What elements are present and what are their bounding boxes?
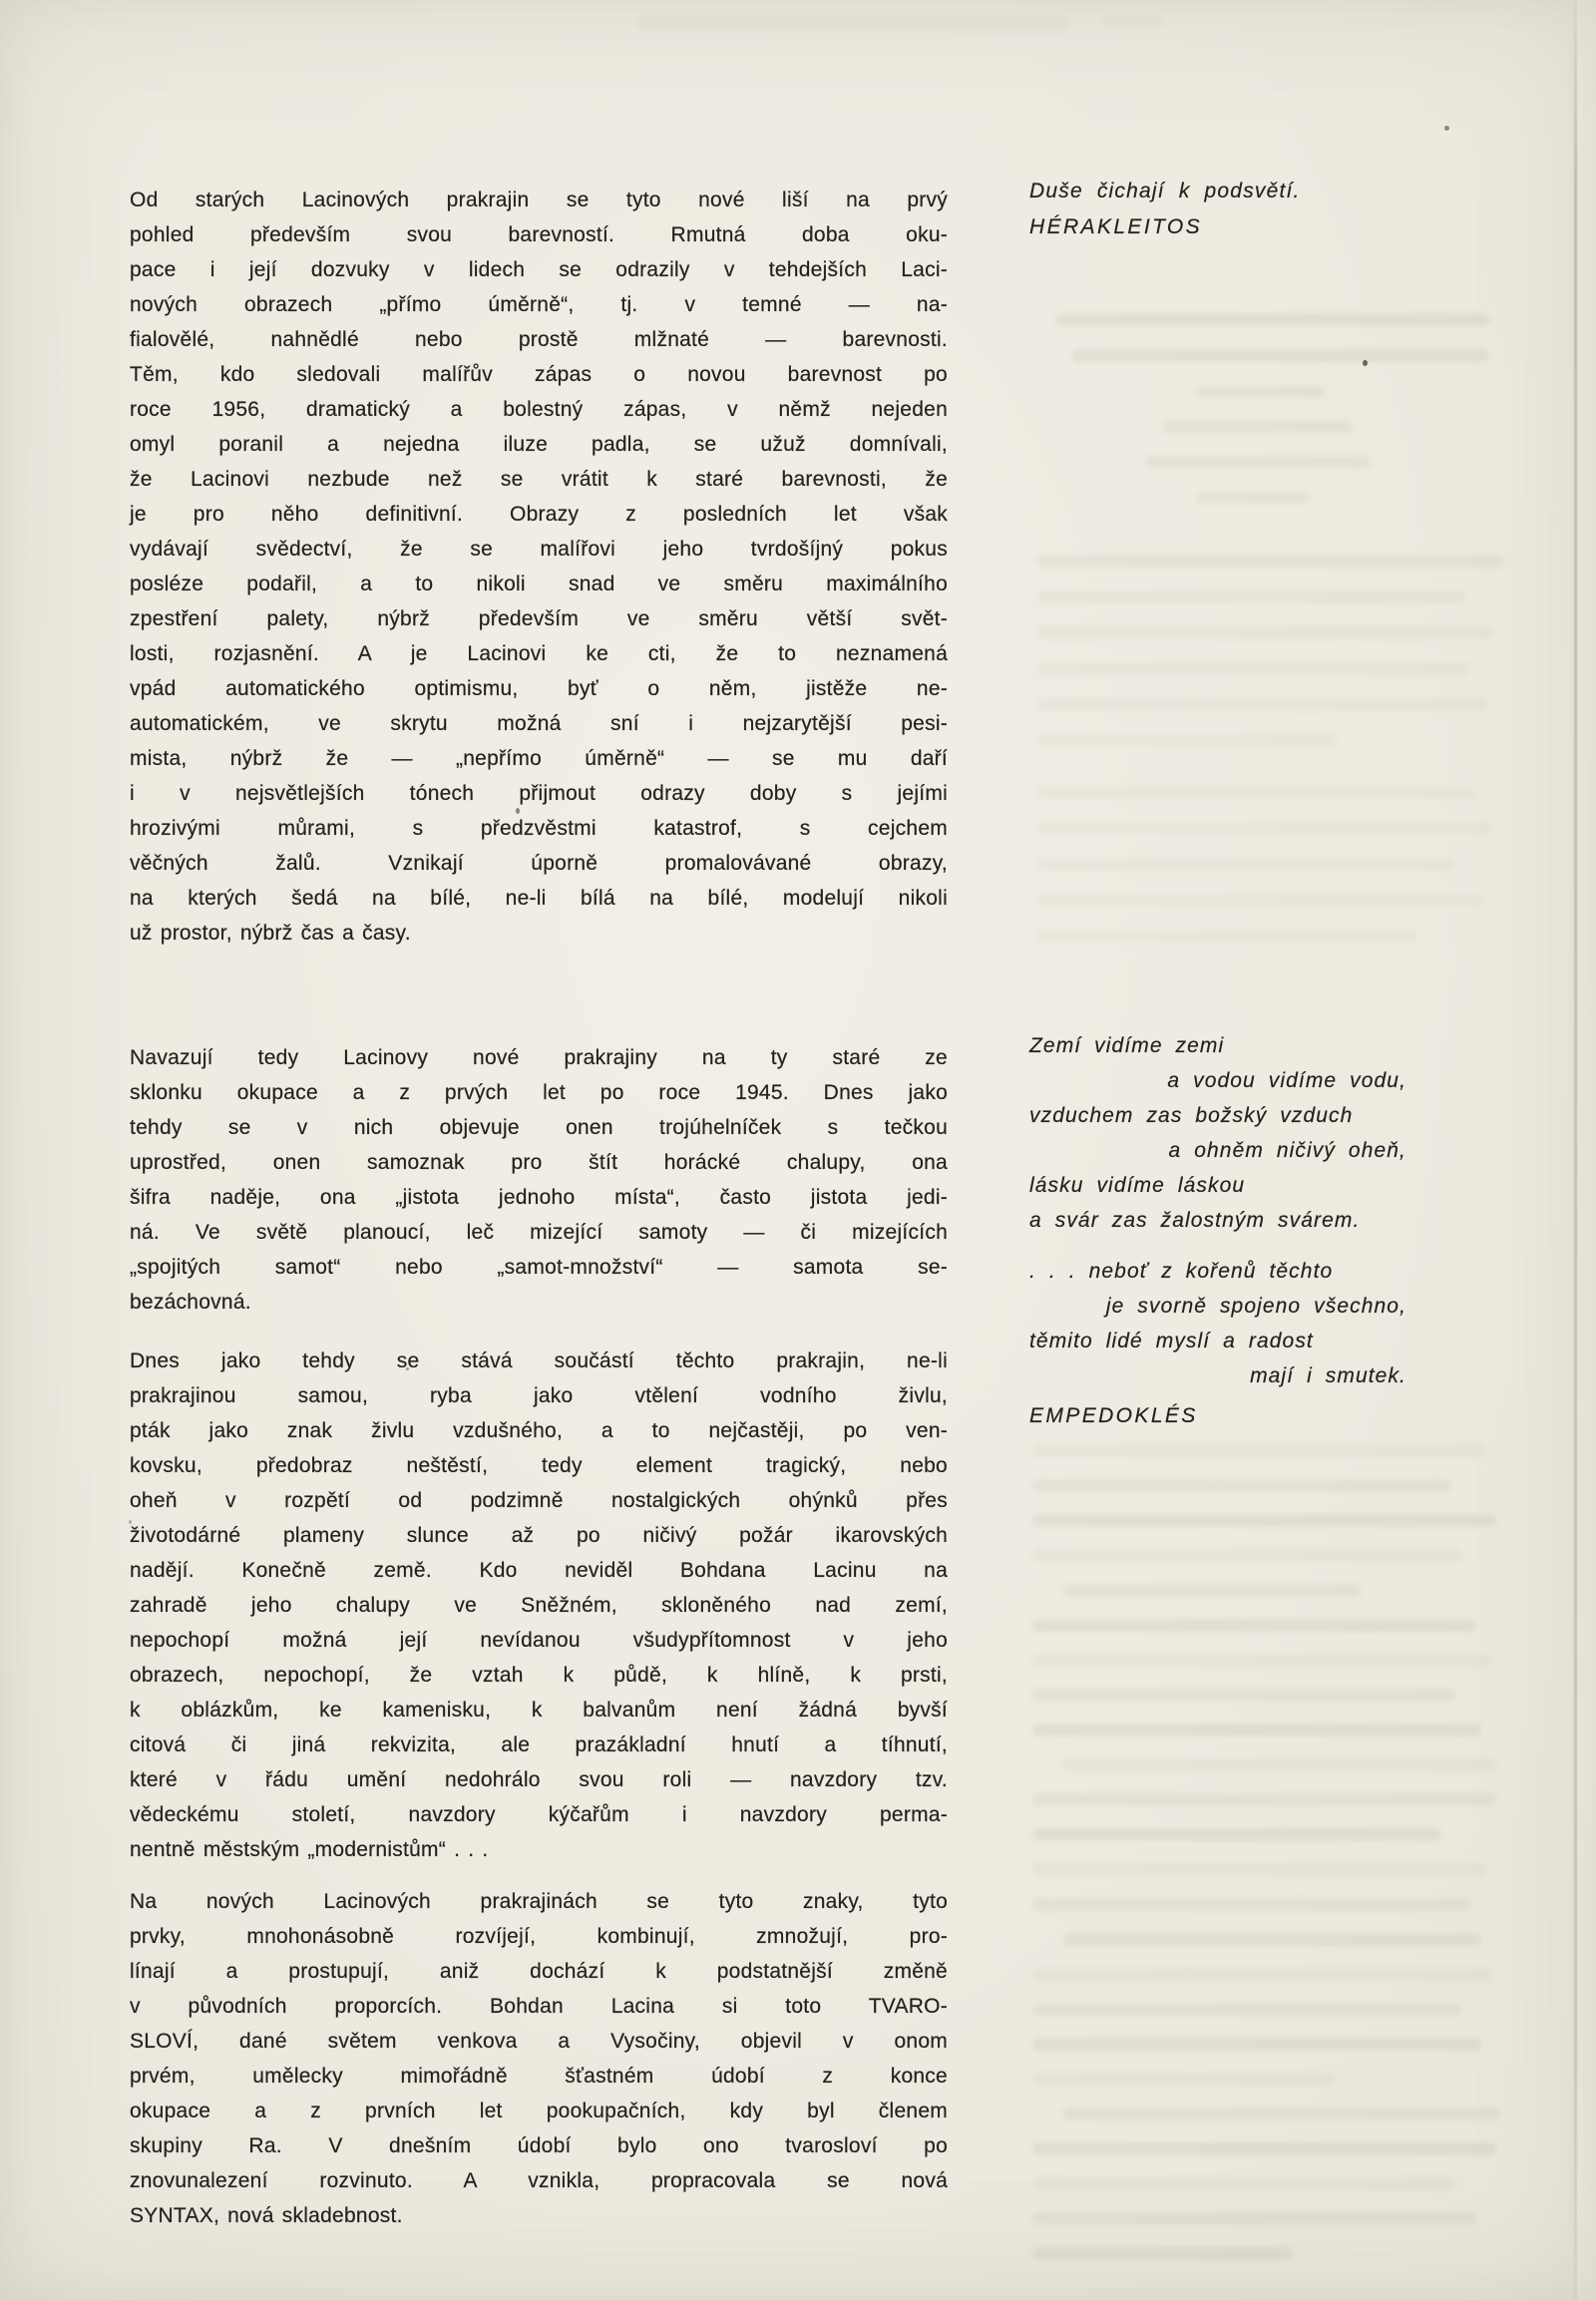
text-line: nentně městským „modernistům“ . . . [130,1832,948,1867]
text-line: už prostor, nýbrž čas a časy. [130,916,948,951]
epigraph-empedokles: Zemí vidíme zemia vodou vidíme vodu,vzdu… [1029,1028,1406,1433]
text-line: Dnes jako tehdy se stává součástí těchto… [130,1343,948,1378]
ink-speck [516,808,520,814]
text-line: Navazují tedy Lacinovy nové prakrajiny n… [130,1040,948,1075]
text-line: SLOVÍ, dané světem venkova a Vysočiny, o… [130,2024,948,2059]
bleed-through-line [1145,456,1371,468]
bleed-through-line [1032,1968,1491,1981]
text-line: sklonku okupace a z prvých let po roce 1… [130,1075,948,1110]
bleed-through-line [1032,1863,1486,1876]
bleed-through-line [1037,786,1476,799]
text-line: automatickém, ve skrytu možná sní i nejz… [130,706,948,741]
quote-line: Zemí vidíme zemi [1029,1028,1406,1063]
text-line: línají a prostupují, aniž dochází k pods… [130,1954,948,1989]
bleed-through-line [1163,421,1353,433]
bleed-through-line [1032,2212,1476,2225]
bleed-through-line [1062,1584,1362,1597]
text-line: vydávají svědectví, že se malířovi jeho … [130,532,948,567]
text-line: je pro něho definitivní. Obrazy z posled… [130,497,948,532]
text-line: okupace a z prvních let pookupačních, kd… [130,2094,948,2128]
bleed-through-line [1032,1549,1461,1562]
text-line: hrozivými můrami, s předzvěstmi katastro… [130,811,948,846]
quote-line: a ohněm ničivý oheň, [1029,1133,1406,1168]
bleed-through-line [1037,590,1466,603]
paragraph-4: Na nových Lacinových prakrajinách se tyt… [130,1884,948,2233]
text-line: posléze podařil, a to nikoli snad ve smě… [130,567,948,601]
bleed-through-line [1197,386,1325,398]
text-line: SYNTAX, nová skladebnost. [130,2198,948,2233]
text-line: fialovělé, nahnědlé nebo prostě mlžnaté … [130,322,948,357]
bleed-through-line [1032,2038,1481,2051]
text-line: skupiny Ra. V dnešním údobí bylo ono tva… [130,2128,948,2163]
text-line: „spojitých samot“ nebo „samot-množství“ … [130,1250,948,1285]
text-line: nových obrazech „přímo úměrně“, tj. v te… [130,287,948,322]
text-line: obrazech, nepochopí, že vztah k půdě, k … [130,1658,948,1693]
quote-line: je svorně spojeno všechno, [1029,1289,1406,1324]
bleed-through-line [1032,1793,1496,1806]
bleed-through-line [1071,349,1488,362]
quote-line: těmito lidé myslí a radost [1029,1324,1406,1358]
text-line: Těm, kdo sledovali malířův zápas o novou… [130,357,948,392]
ink-speck [406,1367,409,1370]
quote-line: a svár zas žalostným svárem. [1029,1203,1406,1238]
bleed-through-line [1062,1758,1496,1771]
text-line: kovsku, předobraz neštěstí, tedy element… [130,1448,948,1483]
text-line: roce 1956, dramatický a bolestný zápas, … [130,392,948,427]
text-line: věčných žalů. Vznikají úporně promalováv… [130,846,948,881]
epigraph-herakleitos-line: Duše čichají k podsvětí. [1029,174,1301,209]
paragraph-3: Dnes jako tehdy se stává součástí těchto… [130,1343,948,1867]
quote-line: . . . neboť z kořenů těchto [1029,1254,1406,1289]
text-line: bezáchovná. [130,1285,948,1320]
text-line: zpestření palety, nýbrž především ve smě… [130,601,948,636]
bleed-through-line [1032,1724,1481,1736]
bleed-through-line [1032,1898,1471,1911]
bleed-through-line [1037,555,1504,568]
epigraph-author-empedokles: EMPEDOKLÉS [1029,1398,1406,1433]
bleed-through-line [1032,2177,1456,2190]
bleed-through-line [1037,930,1416,943]
text-line: zahradě jeho chalupy ve Sněžném, skloněn… [130,1588,948,1623]
text-line: vědeckému století, navzdory kýčařům i na… [130,1797,948,1832]
text-line: ná. Ve světě planoucí, leč mizející samo… [130,1215,948,1250]
text-line: na kterých šedá na bílé, ne-li bílá na b… [130,881,948,916]
text-line: i v nejsvětlejších tónech přijmout odraz… [130,776,948,811]
text-line: mista, nýbrž že — „nepřímo úměrně“ — se … [130,741,948,776]
bleed-through-line [1032,2003,1461,2016]
text-line: pohled především svou barevností. Rmutná… [130,217,948,252]
text-line: losti, rozjasnění. A je Lacinovi ke cti,… [130,636,948,671]
empedokles-stanza-2: . . . neboť z kořenů těchtoje svorně spo… [1029,1254,1406,1393]
text-line: uprostřed, onen samoznak pro štít horáck… [130,1145,948,1180]
bleed-through-line [1037,662,1470,675]
text-line: pace i její dozvuky v lidech se odrazily… [130,252,948,287]
quote-line: vzduchem zas božský vzduch [1029,1098,1406,1133]
bleed-through-line [1032,2073,1337,2086]
quote-line: a vodou vidíme vodu, [1029,1063,1406,1098]
bleed-through-line [1037,734,1337,747]
bleed-through-line [1032,1514,1496,1527]
bleed-through-line [1055,313,1490,326]
text-line: v původních proporcích. Bohdan Lacina si… [130,1989,948,2024]
text-line: Na nových Lacinových prakrajinách se tyt… [130,1884,948,1919]
bleed-through-line [1062,1933,1481,1946]
text-line: citová či jiná rekvizita, ale prazákladn… [130,1727,948,1762]
bleed-through-line [1032,1444,1486,1457]
text-line: vpád automatického optimismu, byť o něm,… [130,671,948,706]
bleed-through-line [1037,698,1488,711]
bleed-through-line [1037,858,1456,871]
bleed-through-line [1037,894,1484,907]
text-line: pták jako znak živlu vzdušného, a to nej… [130,1413,948,1448]
bleed-through-line [1032,2247,1292,2260]
bleed-through-line [1032,1689,1456,1702]
bleed-through-line [1032,1479,1451,1492]
text-line: oheň v rozpětí od podzimně nostalgických… [130,1483,948,1518]
epigraph-author-herakleitos: HÉRAKLEITOS [1029,209,1301,245]
text-line: nadějí. Konečně země. Kdo neviděl Bohdan… [130,1553,948,1588]
bleed-through-line [638,16,1067,31]
text-line: že Lacinovi nezbude než se vrátit k star… [130,462,948,497]
text-line: prvém, umělecky mimořádně šťastném údobí… [130,2059,948,2094]
bleed-through-line [1032,1828,1441,1841]
text-line: životodárné plameny slunce až po ničivý … [130,1518,948,1553]
text-line: které v řádu umění nedohrálo svou roli —… [130,1762,948,1797]
ink-speck [1444,126,1449,131]
page-fold-line [1574,0,1577,2300]
bleed-through-line [1032,2142,1496,2155]
text-line: k oblázkům, ke kamenisku, k balvanům nen… [130,1693,948,1727]
bleed-through-line [1102,14,1162,26]
empedokles-stanza-1: Zemí vidíme zemia vodou vidíme vodu,vzdu… [1029,1028,1406,1238]
bleed-through-line [1032,1654,1491,1667]
bleed-through-line [1037,626,1492,639]
text-line: znovunalezení rozvinuto. A vznikla, prop… [130,2163,948,2198]
page: Duše čichají k podsvětí. HÉRAKLEITOS Od … [0,0,1596,2300]
text-line: šifra naděje, ona „jistota jednoho místa… [130,1180,948,1215]
bleed-through-line [1032,1619,1476,1632]
text-line: Od starých Lacinových prakrajin se tyto … [130,183,948,217]
text-line: nepochopí možná její nevídanou všudypřít… [130,1623,948,1658]
epigraph-herakleitos: Duše čichají k podsvětí. HÉRAKLEITOS [1029,174,1301,245]
quote-line: mají i smutek. [1029,1358,1406,1393]
text-line: prvky, mnohonásobně rozvíjejí, kombinují… [130,1919,948,1954]
ink-speck [129,1520,132,1524]
ink-speck [1363,360,1368,366]
paragraph-2: Navazují tedy Lacinovy nové prakrajiny n… [130,1040,948,1320]
text-line: prakrajinou samou, ryba jako vtělení vod… [130,1378,948,1413]
bleed-through-line [1196,492,1310,504]
bleed-through-line [1062,2108,1501,2120]
text-line: tehdy se v nich objevuje onen trojúhelní… [130,1110,948,1145]
page-edge-strip [1577,0,1596,2300]
bleed-through-line [1037,822,1491,835]
paragraph-1: Od starých Lacinových prakrajin se tyto … [130,183,948,951]
quote-line: lásku vidíme láskou [1029,1168,1406,1203]
text-line: omyl poranil a nejedna iluze padla, se u… [130,427,948,462]
